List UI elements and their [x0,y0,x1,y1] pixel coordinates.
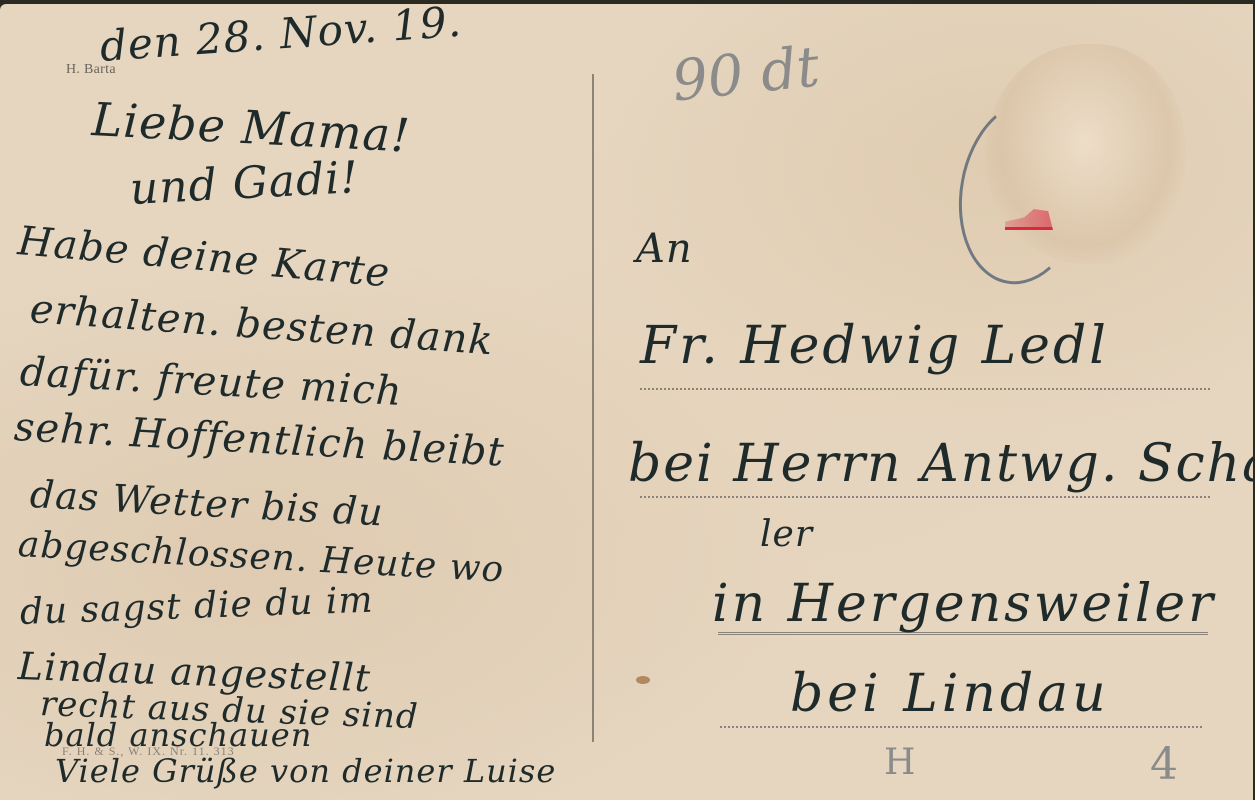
address-recipient: Fr. Hedwig Ledl [640,316,1109,376]
message-line: sehr. Hoffentlich bleibt [13,404,506,476]
message-line: Liebe Mama! [91,92,412,163]
message-line: du sagst die du im [19,580,374,633]
pencil-note-top: 90 dt [669,34,822,114]
address-line2: bei Herrn Antwg. Schäff- [628,434,1253,494]
message-line: dafür. freute mich [19,349,404,415]
message-line: und Gadi! [129,152,360,215]
address-line-2 [640,496,1210,498]
message-line: abgeschlossen. Heute wo [17,524,505,590]
pencil-note-bottom-left: H [884,742,915,783]
address-line2b: ler [760,514,813,555]
postcard: H. Barta F. H. & S., W. IX. Nr. 11. 313 … [0,4,1253,800]
address-region: bei Lindau [790,664,1110,724]
message-line: das Wetter bis du [29,472,385,534]
message-line: bald anschauen [44,716,312,754]
address-town: in Hergensweiler [712,574,1216,634]
address-salutation: An [636,226,693,272]
message-signoff: Viele Grüße von deiner Luise [55,752,556,790]
address-line-4 [720,726,1202,728]
ink-stain [636,676,650,684]
pencil-note-bottom-right: 4 [1150,739,1178,790]
message-date: den 28. Nov. 19. [98,4,463,71]
center-divider-line [592,74,594,742]
message-line: Habe deine Karte [16,218,392,296]
address-line-1 [640,388,1210,390]
